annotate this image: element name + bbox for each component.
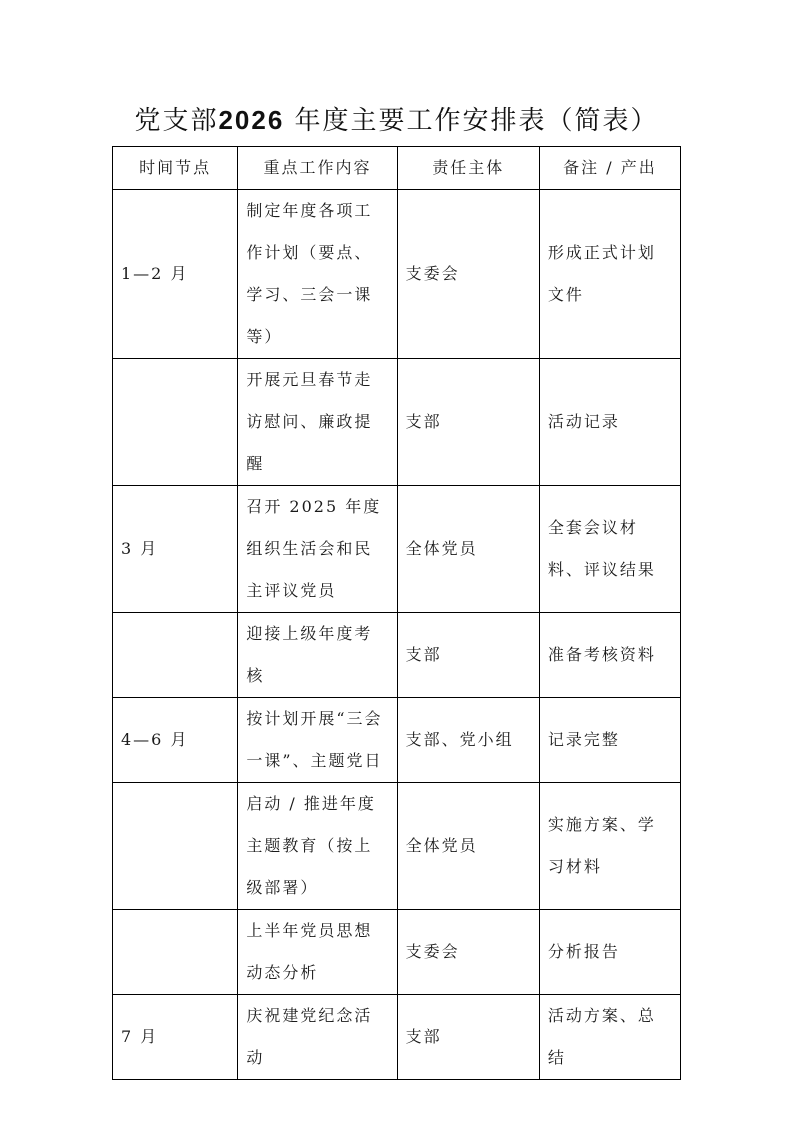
table-row: 上半年党员思想动态分析 支委会 分析报告 <box>113 910 681 995</box>
cell-time: 3 月 <box>113 486 238 613</box>
table-row: 启动 / 推进年度主题教育（按上级部署） 全体党员 实施方案、学习材料 <box>113 783 681 910</box>
table-row: 迎接上级年度考核 支部 准备考核资料 <box>113 613 681 698</box>
cell-owner: 支部 <box>397 359 539 486</box>
cell-content: 按计划开展“三会一课”、主题党日 <box>238 698 397 783</box>
cell-time <box>113 783 238 910</box>
cell-owner: 支委会 <box>397 910 539 995</box>
cell-content: 召开 2025 年度组织生活会和民主评议党员 <box>238 486 397 613</box>
table-row: 3 月 召开 2025 年度组织生活会和民主评议党员 全体党员 全套会议材料、评… <box>113 486 681 613</box>
work-schedule-table: 时间节点 重点工作内容 责任主体 备注 / 产出 1—2 月 制定年度各项工作计… <box>112 146 681 1080</box>
cell-time <box>113 359 238 486</box>
table-row: 4—6 月 按计划开展“三会一课”、主题党日 支部、党小组 记录完整 <box>113 698 681 783</box>
cell-owner: 支部、党小组 <box>397 698 539 783</box>
cell-owner: 支部 <box>397 995 539 1080</box>
cell-owner: 全体党员 <box>397 486 539 613</box>
table-header-row: 时间节点 重点工作内容 责任主体 备注 / 产出 <box>113 147 681 190</box>
header-content: 重点工作内容 <box>238 147 397 190</box>
cell-content: 制定年度各项工作计划（要点、学习、三会一课等） <box>238 190 397 359</box>
cell-content: 上半年党员思想动态分析 <box>238 910 397 995</box>
cell-owner: 支部 <box>397 613 539 698</box>
cell-time: 7 月 <box>113 995 238 1080</box>
cell-time: 4—6 月 <box>113 698 238 783</box>
cell-output: 全套会议材料、评议结果 <box>539 486 680 613</box>
cell-owner: 全体党员 <box>397 783 539 910</box>
header-output: 备注 / 产出 <box>539 147 680 190</box>
cell-content: 开展元旦春节走访慰问、廉政提醒 <box>238 359 397 486</box>
cell-owner: 支委会 <box>397 190 539 359</box>
cell-time: 1—2 月 <box>113 190 238 359</box>
table-row: 1—2 月 制定年度各项工作计划（要点、学习、三会一课等） 支委会 形成正式计划… <box>113 190 681 359</box>
cell-output: 记录完整 <box>539 698 680 783</box>
title-year: 2026 <box>218 105 284 135</box>
cell-time <box>113 910 238 995</box>
cell-output: 活动方案、总结 <box>539 995 680 1080</box>
cell-content: 庆祝建党纪念活动 <box>238 995 397 1080</box>
cell-output: 实施方案、学习材料 <box>539 783 680 910</box>
cell-output: 活动记录 <box>539 359 680 486</box>
header-time: 时间节点 <box>113 147 238 190</box>
title-prefix: 党支部 <box>134 106 218 136</box>
cell-content: 启动 / 推进年度主题教育（按上级部署） <box>238 783 397 910</box>
title-suffix: 年度主要工作安排表（简表） <box>284 106 658 136</box>
cell-output: 分析报告 <box>539 910 680 995</box>
table-row: 开展元旦春节走访慰问、廉政提醒 支部 活动记录 <box>113 359 681 486</box>
header-owner: 责任主体 <box>397 147 539 190</box>
cell-content: 迎接上级年度考核 <box>238 613 397 698</box>
cell-time <box>113 613 238 698</box>
cell-output: 准备考核资料 <box>539 613 680 698</box>
table-row: 7 月 庆祝建党纪念活动 支部 活动方案、总结 <box>113 995 681 1080</box>
document-title: 党支部2026 年度主要工作安排表（简表） <box>0 100 793 141</box>
cell-output: 形成正式计划文件 <box>539 190 680 359</box>
